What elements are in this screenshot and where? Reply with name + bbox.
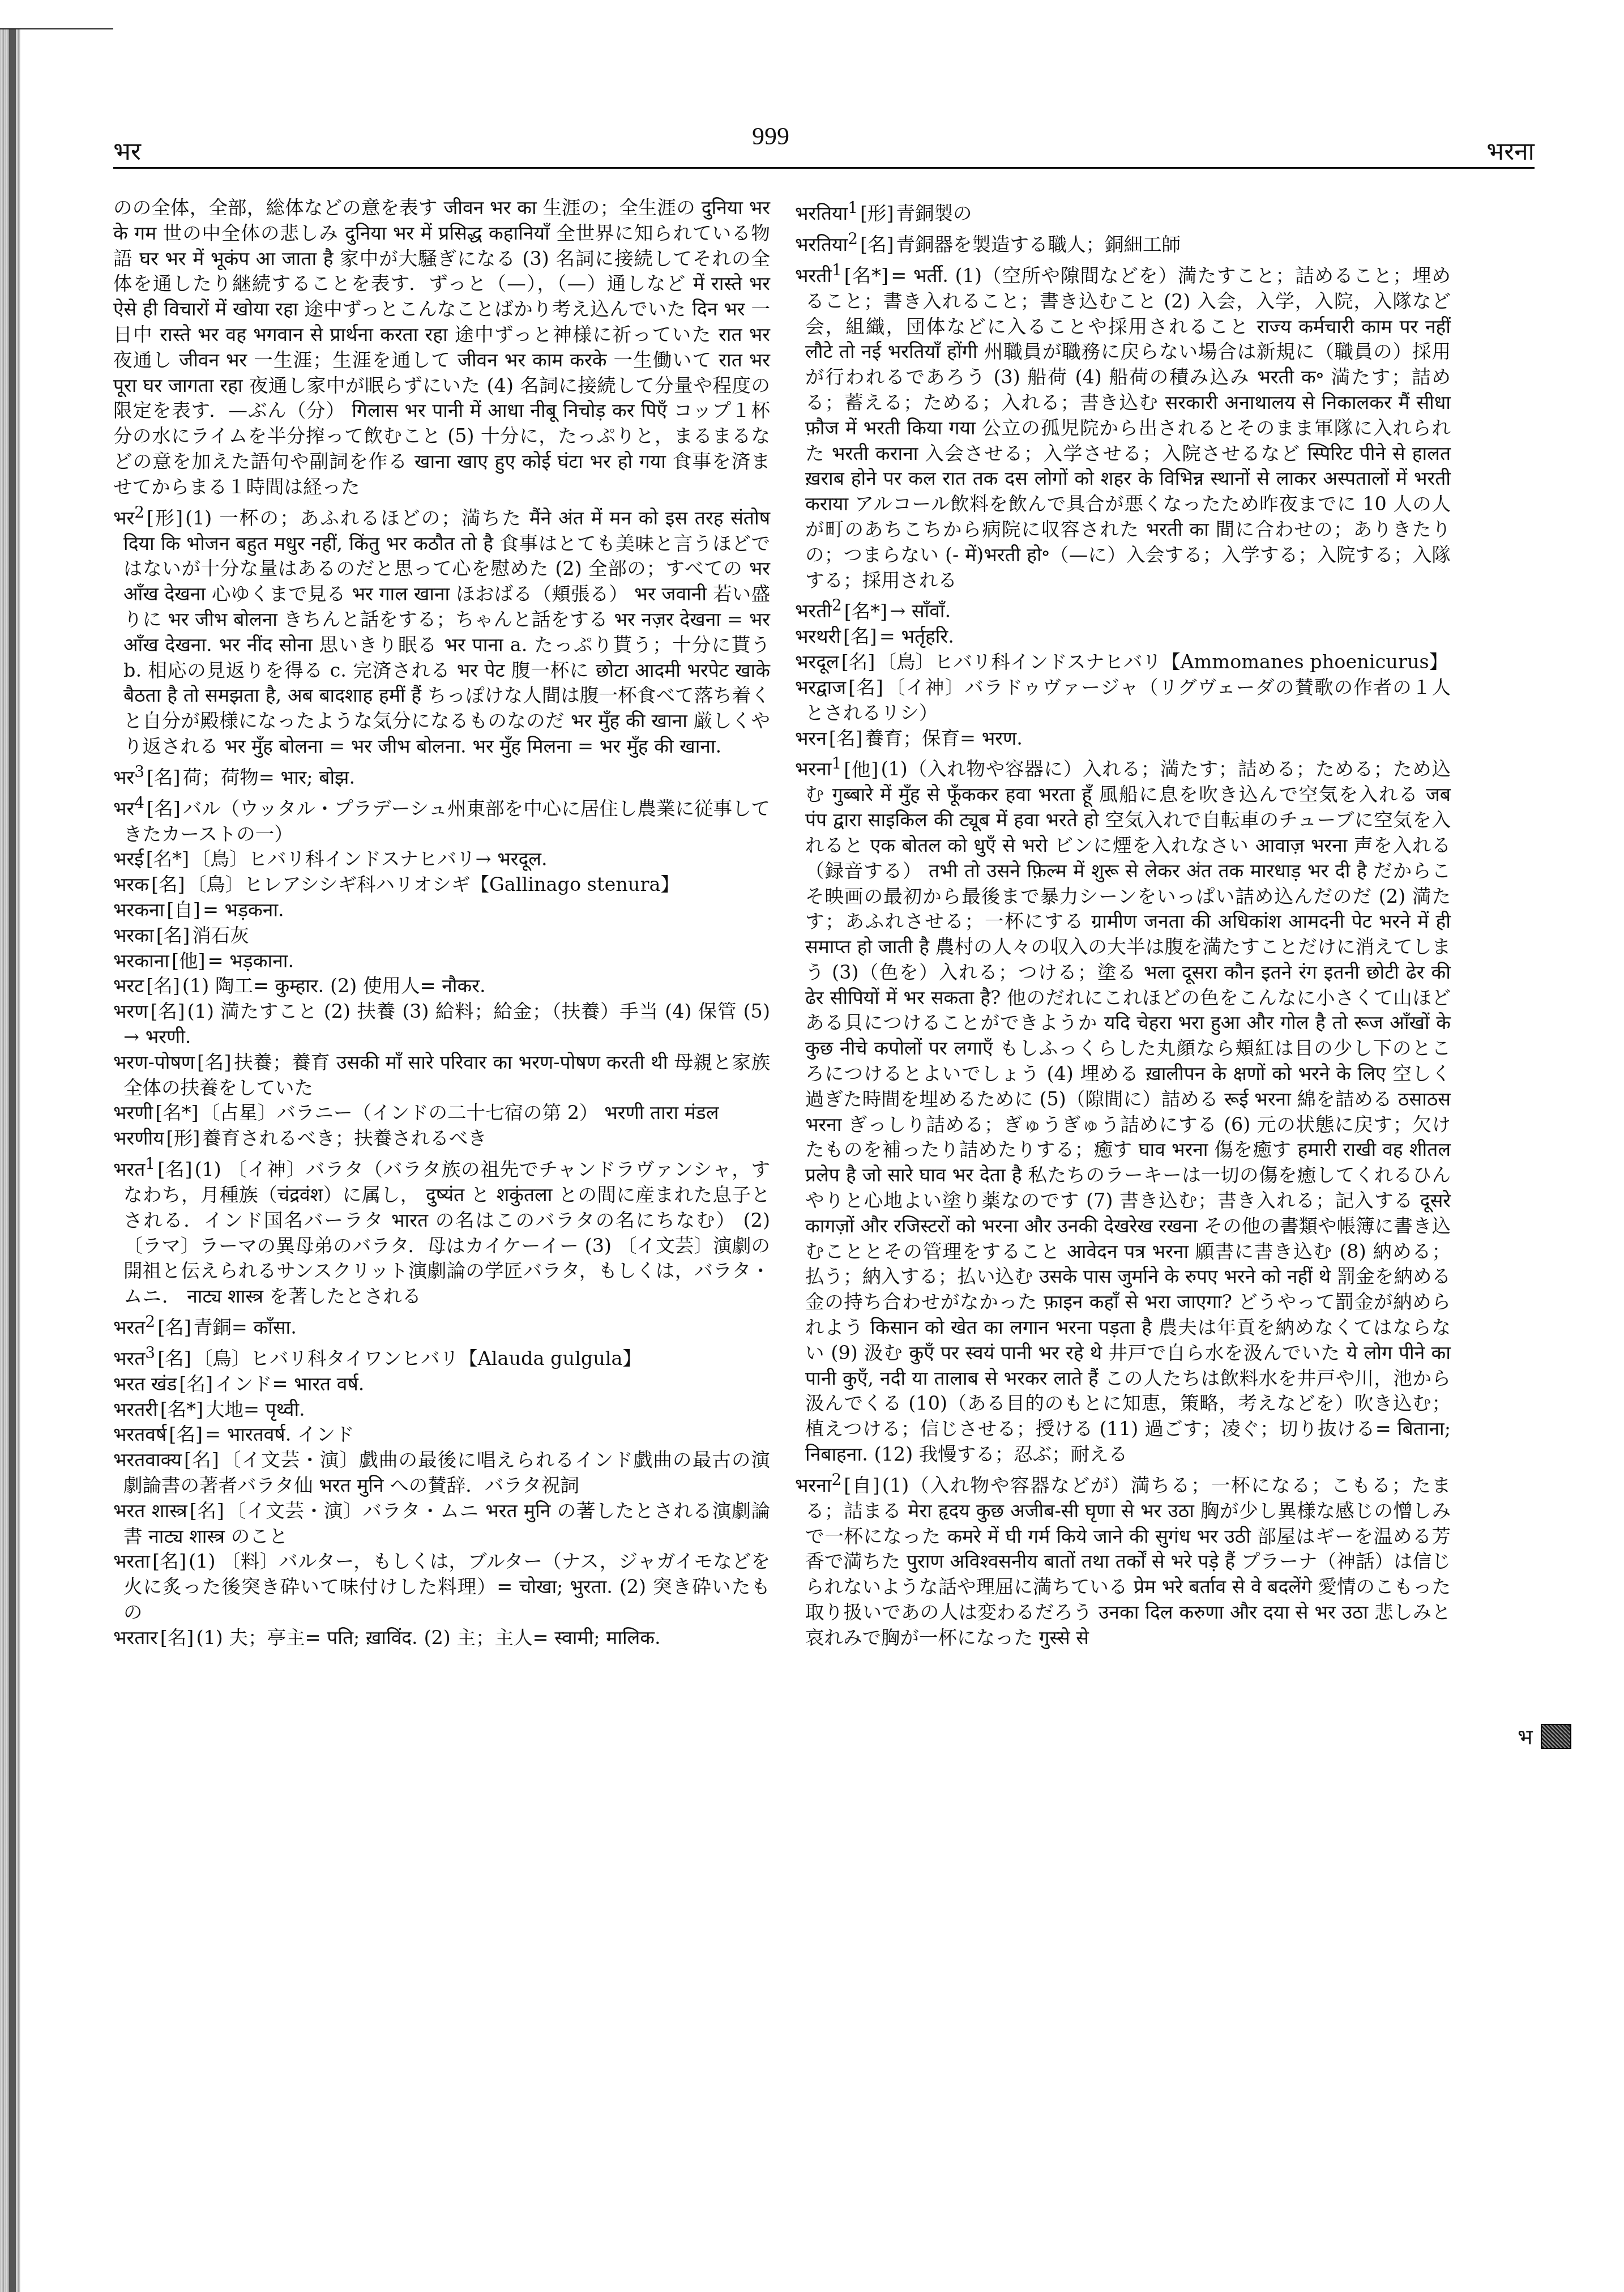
definition-text: 荷；荷物= भार; बोझ. xyxy=(183,766,355,788)
part-of-speech: [名] xyxy=(860,233,894,255)
dictionary-entry: भरत3[名]〔鳥〕ヒバリ科タイワンヒバリ【Alauda gulgula】 xyxy=(113,1341,770,1372)
definition-text: 青銅= काँसा. xyxy=(194,1316,297,1338)
homograph-number: 2 xyxy=(832,596,842,614)
headword: भरतवाक्य xyxy=(113,1449,182,1471)
homograph-number: 2 xyxy=(145,1312,155,1331)
definition-text: (1) 満たすこと (2) 扶養 (3) 給料；給金；（扶養）手当 (4) 保管… xyxy=(123,1000,770,1048)
definition-text: バル（ウッタル・プラデーシュ州東部を中心に居住し農業に従事してきたカーストの一） xyxy=(123,797,770,845)
part-of-speech: [形] xyxy=(166,1127,200,1149)
headword: भरत xyxy=(113,1347,145,1369)
left-column: のの全体，全部，総体などの意を表す जीवन भर का 生涯の；全生涯の दु… xyxy=(113,195,770,1651)
dictionary-entry: भरई[名*]〔鳥〕ヒバリ科インドスナヒバリ→ भरदूल. xyxy=(113,847,770,872)
headword: भरतिया xyxy=(795,233,848,255)
part-of-speech: [名] xyxy=(152,1550,186,1572)
headword: भरद्वाज xyxy=(795,676,846,698)
definition-text: (1)（入れ物や容器に）入れる；満たす；詰める；ためる；ため込む गुब्बार… xyxy=(805,758,1451,1466)
homograph-number: 1 xyxy=(832,754,842,772)
homograph-number: 2 xyxy=(134,503,144,522)
dictionary-entry: भरना2[自](1)（入れ物や容器などが）満ちる；一杯になる；こもる；たまる；… xyxy=(795,1467,1451,1651)
headword: भरता xyxy=(113,1550,150,1572)
dictionary-entry: भरदूल[名]〔鳥〕ヒバリ科インドスナヒバリ【Ammomanes phoeni… xyxy=(795,650,1451,675)
headword: भर xyxy=(113,766,134,788)
dictionary-entry: भरतिया1[形]青銅製の xyxy=(795,195,1451,227)
dictionary-entry: भरथरी[名]= भर्तृहरि. xyxy=(795,624,1451,650)
definition-text: 青銅製の xyxy=(896,202,972,224)
definition-text: 〔イ神〕バラドゥヴァージャ（リグヴェーダの賛歌の作者の１人とされるリシ） xyxy=(805,676,1451,724)
part-of-speech: [名*] xyxy=(146,848,189,870)
definition-text: (1) 一杯の；あふれるほどの；満ちた मैंने अंत में मन को … xyxy=(123,507,770,757)
definition-text: 養育；保育= भरण. xyxy=(865,727,1023,749)
headword: भरन xyxy=(795,727,827,749)
dictionary-entry: भरतरी[名*]大地= पृथ्वी. xyxy=(113,1397,770,1423)
dictionary-entry: भर4[名]バル（ウッタル・プラデーシュ州東部を中心に居住し農業に従事してきたカ… xyxy=(113,791,770,847)
homograph-number: 1 xyxy=(848,198,858,217)
part-of-speech: [名] xyxy=(156,924,190,946)
headword: भरना xyxy=(795,1474,832,1496)
page-number: 999 xyxy=(752,122,789,151)
guide-word-right: भरना xyxy=(1486,133,1535,167)
dictionary-entry: भरण-पोषण[名]扶養；養育 उसकी माँ सारे परिवार का… xyxy=(113,1050,770,1101)
part-of-speech: [自] xyxy=(166,899,200,921)
part-of-speech: [名] xyxy=(157,1158,192,1180)
part-of-speech: [名] xyxy=(848,676,883,698)
part-of-speech: [名] xyxy=(157,1347,191,1369)
dictionary-entry: भरना1[他](1)（入れ物や容器に）入れる；満たす；詰める；ためる；ため込む… xyxy=(795,751,1451,1467)
part-of-speech: [名] xyxy=(197,1051,232,1073)
part-of-speech: [名] xyxy=(160,1627,194,1649)
headword: भरकना xyxy=(113,899,164,921)
definition-text: → साँवाँ. xyxy=(890,600,951,622)
definition-text: 〔イ文芸・演〕戯曲の最後に唱えられるインド戯曲の最古の演劇論書の著者バラタ仙 भ… xyxy=(123,1449,770,1496)
headword: भरती xyxy=(795,600,832,622)
running-head: भर 999 भरना xyxy=(113,122,1535,169)
definition-text: 〔鳥〕ヒバリ科インドスナヒバリ→ भरदूल. xyxy=(191,848,548,870)
scan-binding-edge xyxy=(0,28,20,2292)
dictionary-entry: भरत2[名]青銅= काँसा. xyxy=(113,1309,770,1341)
homograph-number: 1 xyxy=(832,261,842,279)
dictionary-entry: भरता[名](1) 〔料〕バルター，もしくは，ブルター（ナス，ジャガイモなどを… xyxy=(113,1549,770,1625)
homograph-number: 3 xyxy=(134,762,144,781)
definition-text: (1) 陶工= कुम्हार. (2) 使用人= नौकर. xyxy=(182,975,486,997)
part-of-speech: [名] xyxy=(829,727,863,749)
dictionary-entry: भरका[名]消石灰 xyxy=(113,923,770,949)
definition-text: 〔鳥〕ヒレアシシギ科ハリオシギ【Gallinago stenura】 xyxy=(187,873,679,895)
part-of-speech: [形] xyxy=(147,507,183,529)
dictionary-entry: भरट[名](1) 陶工= कुम्हार. (2) 使用人= नौकर. xyxy=(113,974,770,999)
part-of-speech: [名] xyxy=(151,873,185,895)
dictionary-entry: भरणी[名*]〔占星〕バラニー（インドの二十七宿の第 2） भरणी तारा… xyxy=(113,1100,770,1126)
right-column: भरतिया1[形]青銅製のभरतिया2[名]青銅器を製造する職人；銅細工師भ… xyxy=(795,195,1451,1651)
thumb-index-letter: भ xyxy=(1518,1722,1533,1751)
headword: भरदूल xyxy=(795,651,839,673)
definition-text: インド= भारत वर्ष. xyxy=(215,1373,365,1395)
headword: भरक xyxy=(113,873,149,895)
thumb-index-tab xyxy=(1541,1724,1571,1749)
definition-text: 〔鳥〕ヒバリ科タイワンヒバリ【Alauda gulgula】 xyxy=(194,1347,642,1369)
homograph-number: 1 xyxy=(145,1154,155,1173)
part-of-speech: [名] xyxy=(157,1316,191,1338)
definition-text: (1)（入れ物や容器などが）満ちる；一杯になる；こもる；たまる；詰まる मेरा… xyxy=(805,1474,1451,1649)
headword: भरका xyxy=(113,924,154,946)
headword: भरना xyxy=(795,758,832,780)
dictionary-entry: भरत खंड[名]インド= भारत वर्ष. xyxy=(113,1372,770,1397)
part-of-speech: [名*] xyxy=(155,1102,198,1124)
dictionary-entry: भरतिया2[名]青銅器を製造する職人；銅細工師 xyxy=(795,227,1451,258)
definition-text: 消石灰 xyxy=(192,924,249,946)
part-of-speech: [名*] xyxy=(844,600,887,622)
definition-text: 養育されるべき；扶養されるべき xyxy=(202,1127,487,1149)
definition-text: = भड़कना. xyxy=(203,899,284,921)
dictionary-entry: भरतवर्ष[名]= भारतवर्ष. インド xyxy=(113,1422,770,1448)
dictionary-entry: भरतवाक्य[名]〔イ文芸・演〕戯曲の最後に唱えられるインド戯曲の最古の演劇… xyxy=(113,1448,770,1499)
part-of-speech: [名] xyxy=(841,651,875,673)
headword: भरत xyxy=(113,1316,145,1338)
definition-text: = भड़काना. xyxy=(208,950,294,972)
part-of-speech: [自] xyxy=(844,1474,880,1496)
dictionary-entry: भरद्वाज[名]〔イ神〕バラドゥヴァージャ（リグヴェーダの賛歌の作者の１人と… xyxy=(795,675,1451,726)
headword: भरण xyxy=(113,1000,148,1022)
part-of-speech: [名*] xyxy=(160,1398,203,1420)
definition-text: のの全体，全部，総体などの意を表す जीवन भर का 生涯の；全生涯の दु… xyxy=(113,197,770,498)
part-of-speech: [他] xyxy=(844,758,878,780)
part-of-speech: [名*] xyxy=(844,264,888,287)
part-of-speech: [名] xyxy=(843,625,877,647)
headword: भरकाना xyxy=(113,950,169,972)
dictionary-entry: भरती2[名*]→ साँवाँ. xyxy=(795,593,1451,624)
part-of-speech: [名] xyxy=(184,1449,219,1471)
dictionary-entry: भरन[名]養育；保育= भरण. xyxy=(795,726,1451,752)
definition-text: (1) 〔イ神〕バラタ（バラタ族の祖先でチャンドラヴァンシャ，すなわち，月種族（… xyxy=(123,1158,770,1307)
dictionary-entry: भरती1[名*]= भर्ती. (1)（空所や隙間などを）満たすこと；詰める… xyxy=(795,258,1451,594)
part-of-speech: [形] xyxy=(860,202,894,224)
guide-word-left: भर xyxy=(113,133,141,167)
part-of-speech: [名] xyxy=(190,1500,224,1522)
definition-text: 大地= पृथ्वी. xyxy=(206,1398,305,1420)
part-of-speech: [名] xyxy=(147,797,181,820)
homograph-number: 3 xyxy=(145,1343,155,1362)
homograph-number: 2 xyxy=(832,1470,842,1489)
headword: भर xyxy=(113,507,134,529)
definition-text: = भर्ती. (1)（空所や隙間などを）満たすこと；詰めること；埋めること；… xyxy=(805,264,1451,591)
entry-continuation: のの全体，全部，総体などの意を表す जीवन भर का 生涯の；全生涯の दु… xyxy=(113,195,770,500)
headword: भरतवर्ष xyxy=(113,1423,166,1445)
part-of-speech: [他] xyxy=(172,950,206,972)
headword: भरतिया xyxy=(795,202,848,224)
headword: भरतार xyxy=(113,1627,158,1649)
dictionary-entry: भर3[名]荷；荷物= भार; बोझ. xyxy=(113,759,770,791)
dictionary-entry: भर2[形](1) 一杯の；あふれるほどの；満ちた मैंने अंत में … xyxy=(113,500,770,759)
definition-text: 青銅器を製造する職人；銅細工師 xyxy=(896,233,1181,255)
homograph-number: 2 xyxy=(848,229,858,248)
headword: भरत खंड xyxy=(113,1373,177,1395)
headword: भरणीय xyxy=(113,1127,164,1149)
headword: भरथरी xyxy=(795,625,841,647)
headword: भरतरी xyxy=(113,1398,158,1420)
headword: भरणी xyxy=(113,1102,153,1124)
dictionary-entry: भरकना[自]= भड़कना. xyxy=(113,898,770,923)
definition-text: = भारतवर्ष. インド xyxy=(205,1423,354,1445)
dictionary-entry: भरकाना[他]= भड़काना. xyxy=(113,949,770,974)
thumb-index: भ xyxy=(1518,1722,1571,1751)
headword: भरत शास्त्र xyxy=(113,1500,187,1522)
part-of-speech: [名] xyxy=(146,975,180,997)
scan-top-edge-line xyxy=(0,28,113,29)
dictionary-entry: भरत1[名](1) 〔イ神〕バラタ（バラタ族の祖先でチャンドラヴァンシャ，すな… xyxy=(113,1151,770,1309)
part-of-speech: [名] xyxy=(179,1373,213,1395)
headword: भरण-पोषण xyxy=(113,1051,195,1073)
headword: भरई xyxy=(113,848,144,870)
part-of-speech: [名] xyxy=(150,1000,185,1022)
homograph-number: 4 xyxy=(134,793,144,812)
part-of-speech: [名] xyxy=(169,1423,203,1445)
dictionary-entry: भरतार[名](1) 夫；亭主= पति; ख़ाविंद. (2) 主；主人… xyxy=(113,1625,770,1651)
headword: भरट xyxy=(113,975,144,997)
definition-text: = भर्तृहरि. xyxy=(879,625,954,647)
headword: भरती xyxy=(795,264,832,287)
dictionary-entry: भरण[名](1) 満たすこと (2) 扶養 (3) 給料；給金；（扶養）手当 … xyxy=(113,999,770,1050)
dictionary-entry: भरक[名]〔鳥〕ヒレアシシギ科ハリオシギ【Gallinago stenura】 xyxy=(113,872,770,898)
headword: भर xyxy=(113,797,134,820)
definition-text: 〔占星〕バラニー（インドの二十七宿の第 2） भरणी तारा मंडल xyxy=(201,1102,719,1124)
definition-text: 〔鳥〕ヒバリ科インドスナヒバリ【Ammomanes phoenicurus】 xyxy=(877,651,1448,673)
dictionary-entry: भरत शास्त्र[名]〔イ文芸・演〕バラタ・ムニ भरत मुनि の著し… xyxy=(113,1499,770,1550)
part-of-speech: [名] xyxy=(147,766,181,788)
dictionary-entry: भरणीय[形]養育されるべき；扶養されるべき xyxy=(113,1126,770,1151)
headword: भरत xyxy=(113,1158,145,1180)
definition-text: (1) 夫；亭主= पति; ख़ाविंद. (2) 主；主人= स्वामी… xyxy=(196,1627,660,1649)
definition-text: (1) 〔料〕バルター，もしくは，ブルター（ナス，ジャガイモなどを火に炙った後突… xyxy=(123,1550,770,1623)
